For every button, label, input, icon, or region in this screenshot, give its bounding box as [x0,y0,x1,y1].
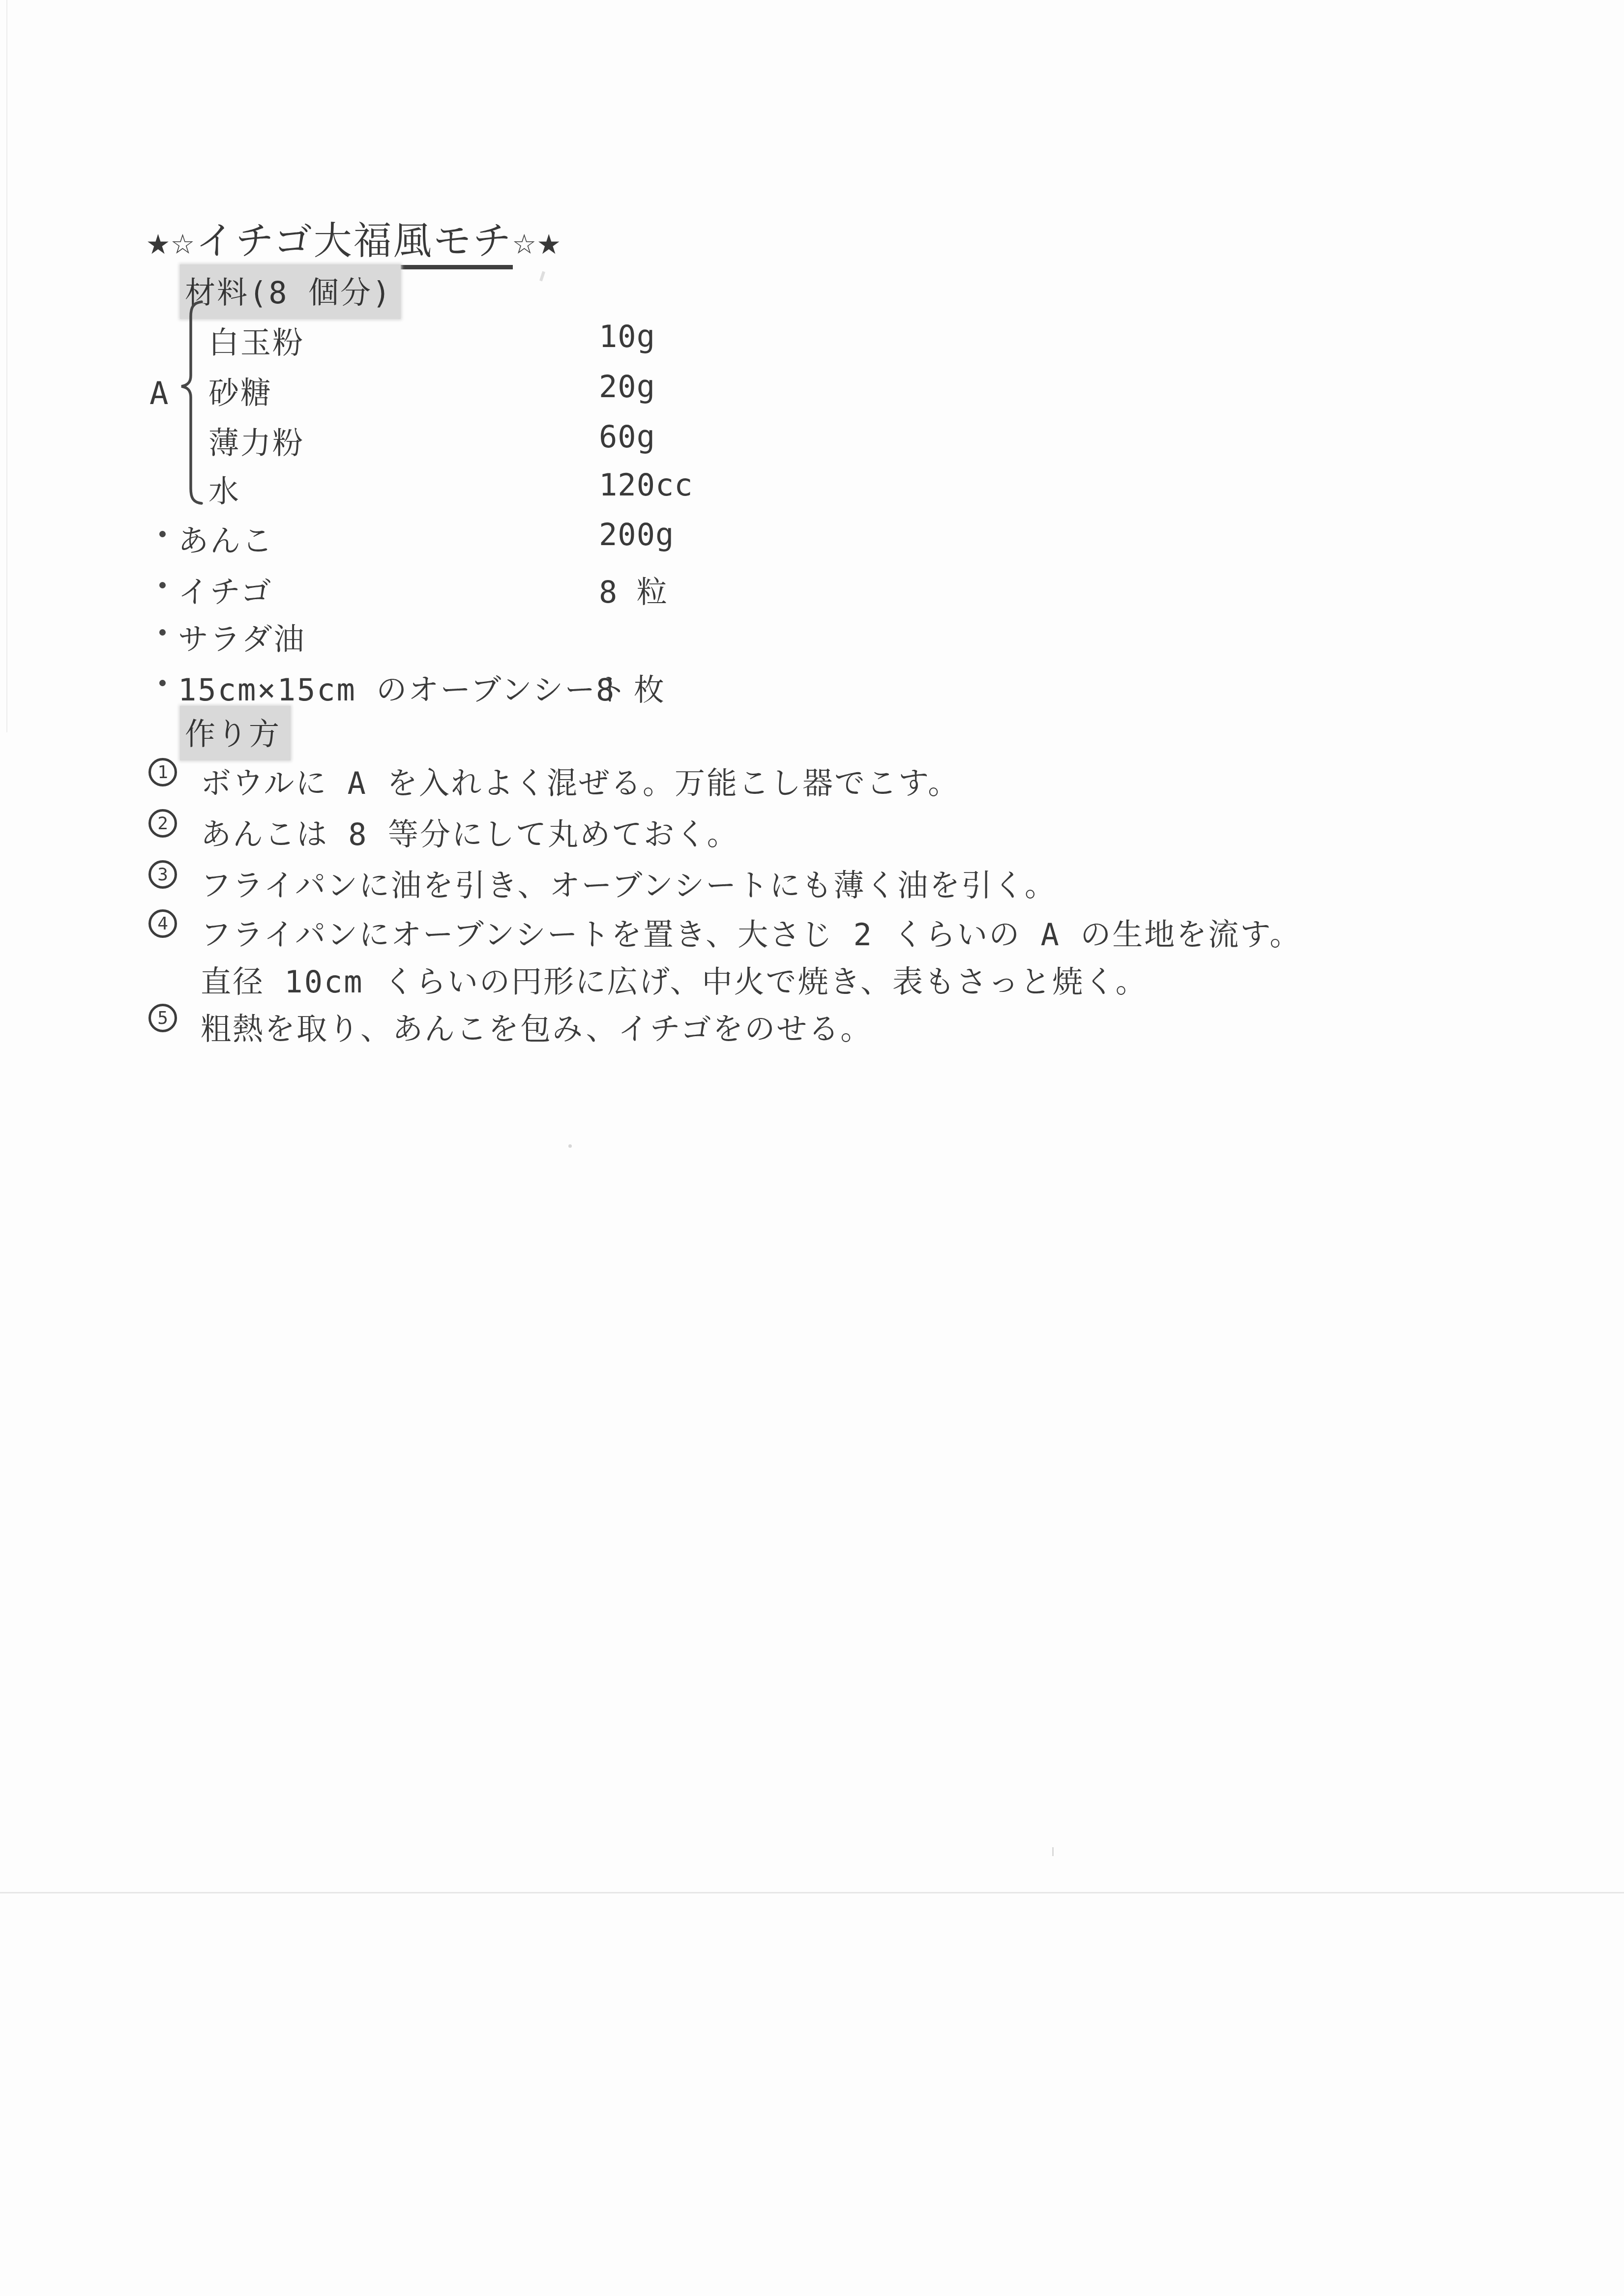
title-text: イチゴ大福風モチ [196,219,513,269]
step-number-badge: 2 [148,809,177,838]
step-text: フライパンにオーブンシートを置き、大さじ 2 くらいの A の生地を流す。 [201,910,1301,954]
step-number-badge: 4 [148,909,177,938]
scan-edge-line [6,0,7,732]
step-number-badge: 5 [148,1004,177,1032]
ingredient-name: 水 [208,467,240,511]
ingredient-name: あんこ [178,517,274,560]
ingredient-amount: 20g [599,369,655,405]
bullet-icon [159,629,166,636]
ingredient-name: 白玉粉 [208,319,304,362]
ingredient-amount: 8 枚 [596,666,665,709]
step-number: 4 [157,914,168,934]
ingredient-name: サラダ油 [178,615,305,659]
ingredient-name: 薄力粉 [208,419,304,463]
recipe-title: ★☆イチゴ大福風モチ☆★ [147,210,562,265]
ingredient-amount: 200g [599,517,674,552]
group-a-label: A [149,376,169,412]
step-number-badge: 1 [148,758,177,786]
ingredient-name: 15cm×15cm のオーブンシート [178,666,628,709]
group-a-brace-icon [177,299,206,506]
ingredient-amount: 10g [599,319,655,354]
step-number: 2 [157,814,168,834]
ingredients-heading: 材料(8 個分) [180,264,401,319]
bullet-icon [159,531,166,537]
step-text-continuation: 直径 10cm くらいの円形に広げ、中火で焼き、表もさっと焼く。 [201,958,1148,1001]
step-number: 5 [157,1008,168,1028]
ingredient-name: 砂糖 [208,369,272,412]
scanned-recipe-page: ★☆イチゴ大福風モチ☆★ 材料(8 個分) A 白玉粉 10g 砂糖 20g 薄… [0,0,1624,2296]
scan-speck [568,1144,572,1148]
scan-fold-line [0,1892,1624,1893]
bullet-icon [159,582,166,588]
ingredient-amount: 8 粒 [599,568,668,611]
ingredient-amount: 60g [599,419,655,455]
ingredient-name: イチゴ [178,568,273,611]
step-text: あんこは 8 等分にして丸めておく。 [201,810,739,854]
ingredient-amount: 120cc [599,467,693,503]
step-text: 粗熱を取り、あんこを包み、イチゴをのせる。 [201,1005,872,1048]
step-text: フライパンに油を引き、オーブンシートにも薄く油を引く。 [201,861,1057,905]
bullet-icon [159,680,166,686]
steps-heading: 作り方 [180,706,291,760]
step-number-badge: 3 [148,860,177,889]
step-number: 3 [157,865,168,885]
title-stars-right: ☆★ [513,219,562,263]
title-stars-left: ★☆ [147,219,196,263]
scan-speck [1052,1847,1054,1856]
step-number: 1 [157,762,168,783]
step-text: ボウルに A を入れよく混ぜる。万能こし器でこす。 [201,759,960,803]
scan-speck [539,271,545,282]
